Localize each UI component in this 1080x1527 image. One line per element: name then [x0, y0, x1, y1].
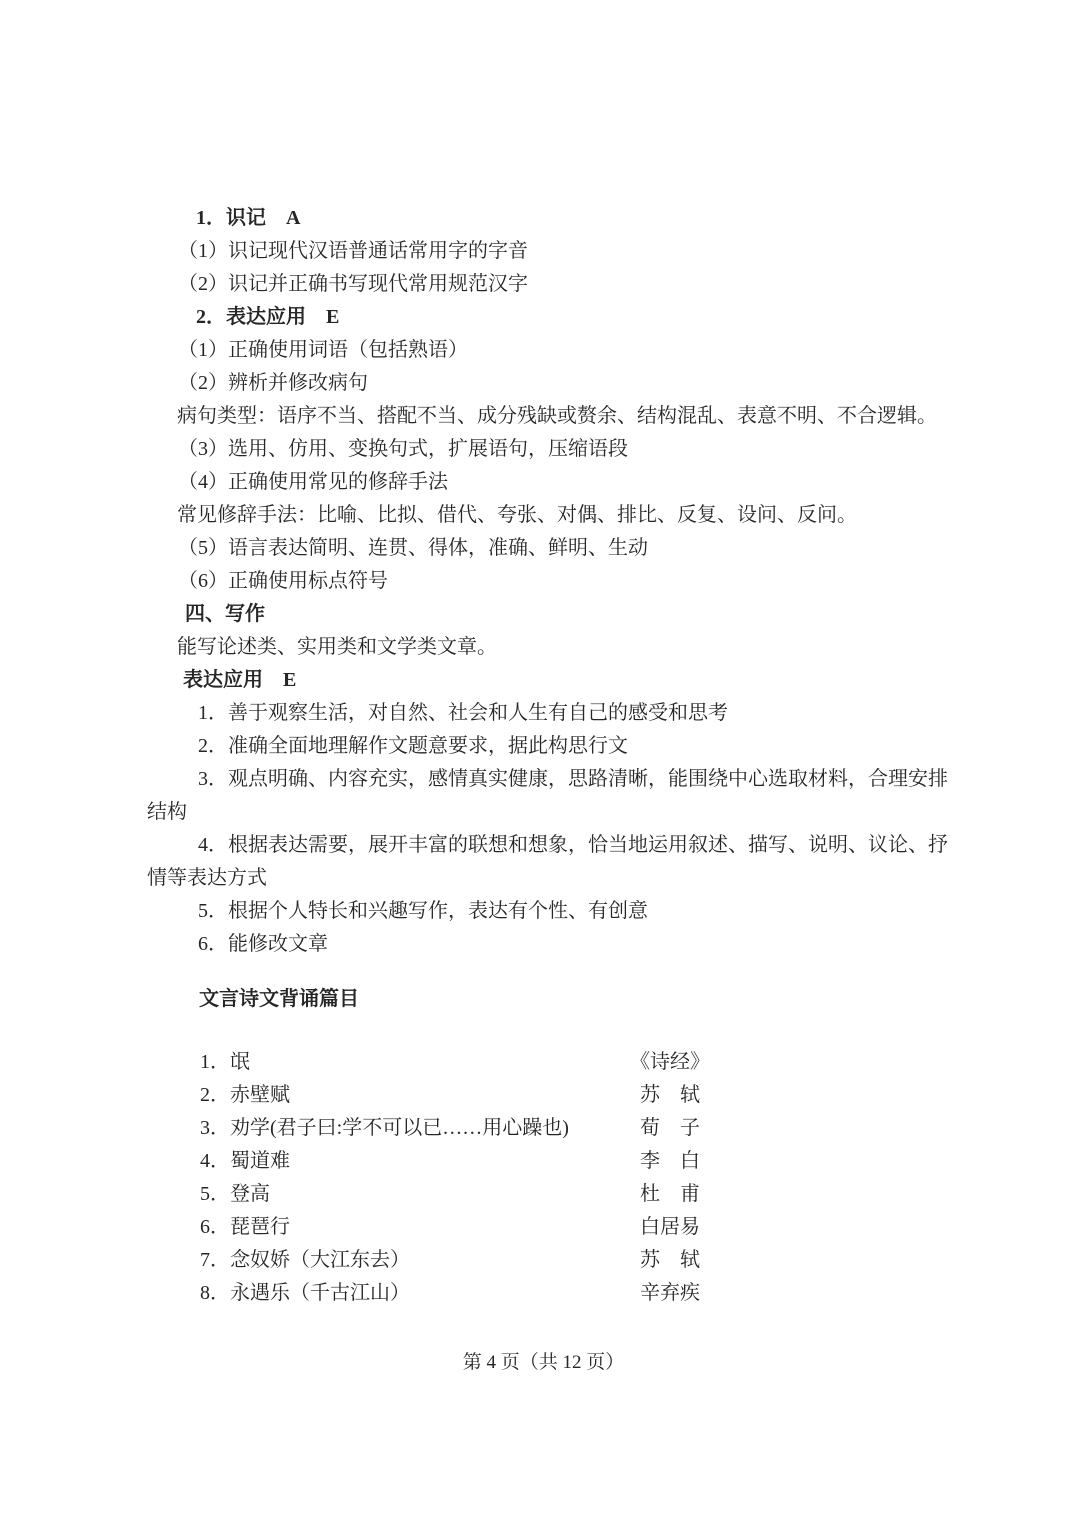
recitation-item-author: 苏 轼	[640, 1079, 700, 1112]
recitation-item-author: 《诗经》	[630, 1046, 710, 1079]
recitation-item-title: 3．劝学(君子曰:学不可以已……用心躁也)	[200, 1117, 569, 1139]
text-line: （3）选用、仿用、变换句式，扩展语句，压缩语段	[147, 433, 940, 466]
recitation-item: 8．永遇乐（千古江山）辛弃疾	[147, 1277, 940, 1310]
text-line: 3．观点明确、内容充实，感情真实健康，思路清晰，能围绕中心选取材料，合理安排	[147, 763, 940, 796]
text-line: 病句类型：语序不当、搭配不当、成分残缺或赘余、结构混乱、表意不明、不合逻辑。	[147, 400, 940, 433]
recitation-item-title: 2．赤壁赋	[200, 1084, 290, 1106]
recitation-item-author: 苏 轼	[640, 1244, 700, 1277]
recitation-section: 文言诗文背诵篇目 1．氓《诗经》2．赤壁赋苏 轼3．劝学(君子曰:学不可以已………	[147, 983, 940, 1310]
recitation-item-author: 杜 甫	[640, 1178, 700, 1211]
text-line: 4．根据表达需要，展开丰富的联想和想象，恰当地运用叙述、描写、说明、议论、抒	[147, 829, 940, 862]
recitation-item-author: 白居易	[640, 1211, 700, 1244]
text-line: 能写论述类、实用类和文学类文章。	[147, 631, 940, 664]
recitation-item-author: 辛弃疾	[640, 1277, 700, 1310]
text-line: 2．准确全面地理解作文题意要求，据此构思行文	[147, 730, 940, 763]
document-page: 1．识记 A（1）识记现代汉语普通话常用字的字音（2）识记并正确书写现代常用规范…	[0, 0, 1080, 1527]
syllabus-text-block: 1．识记 A（1）识记现代汉语普通话常用字的字音（2）识记并正确书写现代常用规范…	[147, 202, 940, 961]
text-line: 常见修辞手法：比喻、比拟、借代、夸张、对偶、排比、反复、设问、反问。	[147, 499, 940, 532]
text-line: 表达应用 E	[147, 664, 940, 697]
text-line: （2）识记并正确书写现代常用规范汉字	[147, 268, 940, 301]
recitation-item-title: 1．氓	[200, 1051, 250, 1073]
recitation-item: 3．劝学(君子曰:学不可以已……用心躁也)荀 子	[147, 1112, 940, 1145]
text-line: （4）正确使用常见的修辞手法	[147, 466, 940, 499]
recitation-item-title: 8．永遇乐（千古江山）	[200, 1282, 410, 1304]
recitation-item: 1．氓《诗经》	[147, 1046, 940, 1079]
text-line: （5）语言表达简明、连贯、得体，准确、鲜明、生动	[147, 532, 940, 565]
recitation-item-title: 4．蜀道难	[200, 1150, 290, 1172]
recitation-item: 4．蜀道难李 白	[147, 1145, 940, 1178]
text-line: 1．善于观察生活，对自然、社会和人生有自己的感受和思考	[147, 697, 940, 730]
text-line: 情等表达方式	[147, 862, 940, 895]
text-line: （1）正确使用词语（包括熟语）	[147, 334, 940, 367]
document-content: 1．识记 A（1）识记现代汉语普通话常用字的字音（2）识记并正确书写现代常用规范…	[0, 0, 1080, 1379]
text-line: 6．能修改文章	[147, 928, 940, 961]
text-line: （6）正确使用标点符号	[147, 565, 940, 598]
recitation-item: 6．琵琶行白居易	[147, 1211, 940, 1244]
recitation-item-title: 7．念奴娇（大江东去）	[200, 1249, 410, 1271]
text-line: 5．根据个人特长和兴趣写作，表达有个性、有创意	[147, 895, 940, 928]
text-line: 四、写作	[147, 598, 940, 631]
recitation-item: 7．念奴娇（大江东去）苏 轼	[147, 1244, 940, 1277]
recitation-item-title: 5．登高	[200, 1183, 270, 1205]
text-line: 结构	[147, 796, 940, 829]
recitation-heading: 文言诗文背诵篇目	[147, 983, 940, 1016]
recitation-item: 5．登高杜 甫	[147, 1178, 940, 1211]
recitation-item: 2．赤壁赋苏 轼	[147, 1079, 940, 1112]
text-line: （1）识记现代汉语普通话常用字的字音	[147, 235, 940, 268]
text-line: 2．表达应用 E	[147, 301, 940, 334]
recitation-item-title: 6．琵琶行	[200, 1216, 290, 1238]
recitation-list: 1．氓《诗经》2．赤壁赋苏 轼3．劝学(君子曰:学不可以已……用心躁也)荀 子4…	[147, 1046, 940, 1310]
recitation-item-author: 李 白	[640, 1145, 700, 1178]
recitation-item-author: 荀 子	[640, 1112, 700, 1145]
text-line: （2）辨析并修改病句	[147, 367, 940, 400]
text-line: 1．识记 A	[147, 202, 940, 235]
page-number: 第 4 页（共 12 页）	[147, 1346, 940, 1379]
